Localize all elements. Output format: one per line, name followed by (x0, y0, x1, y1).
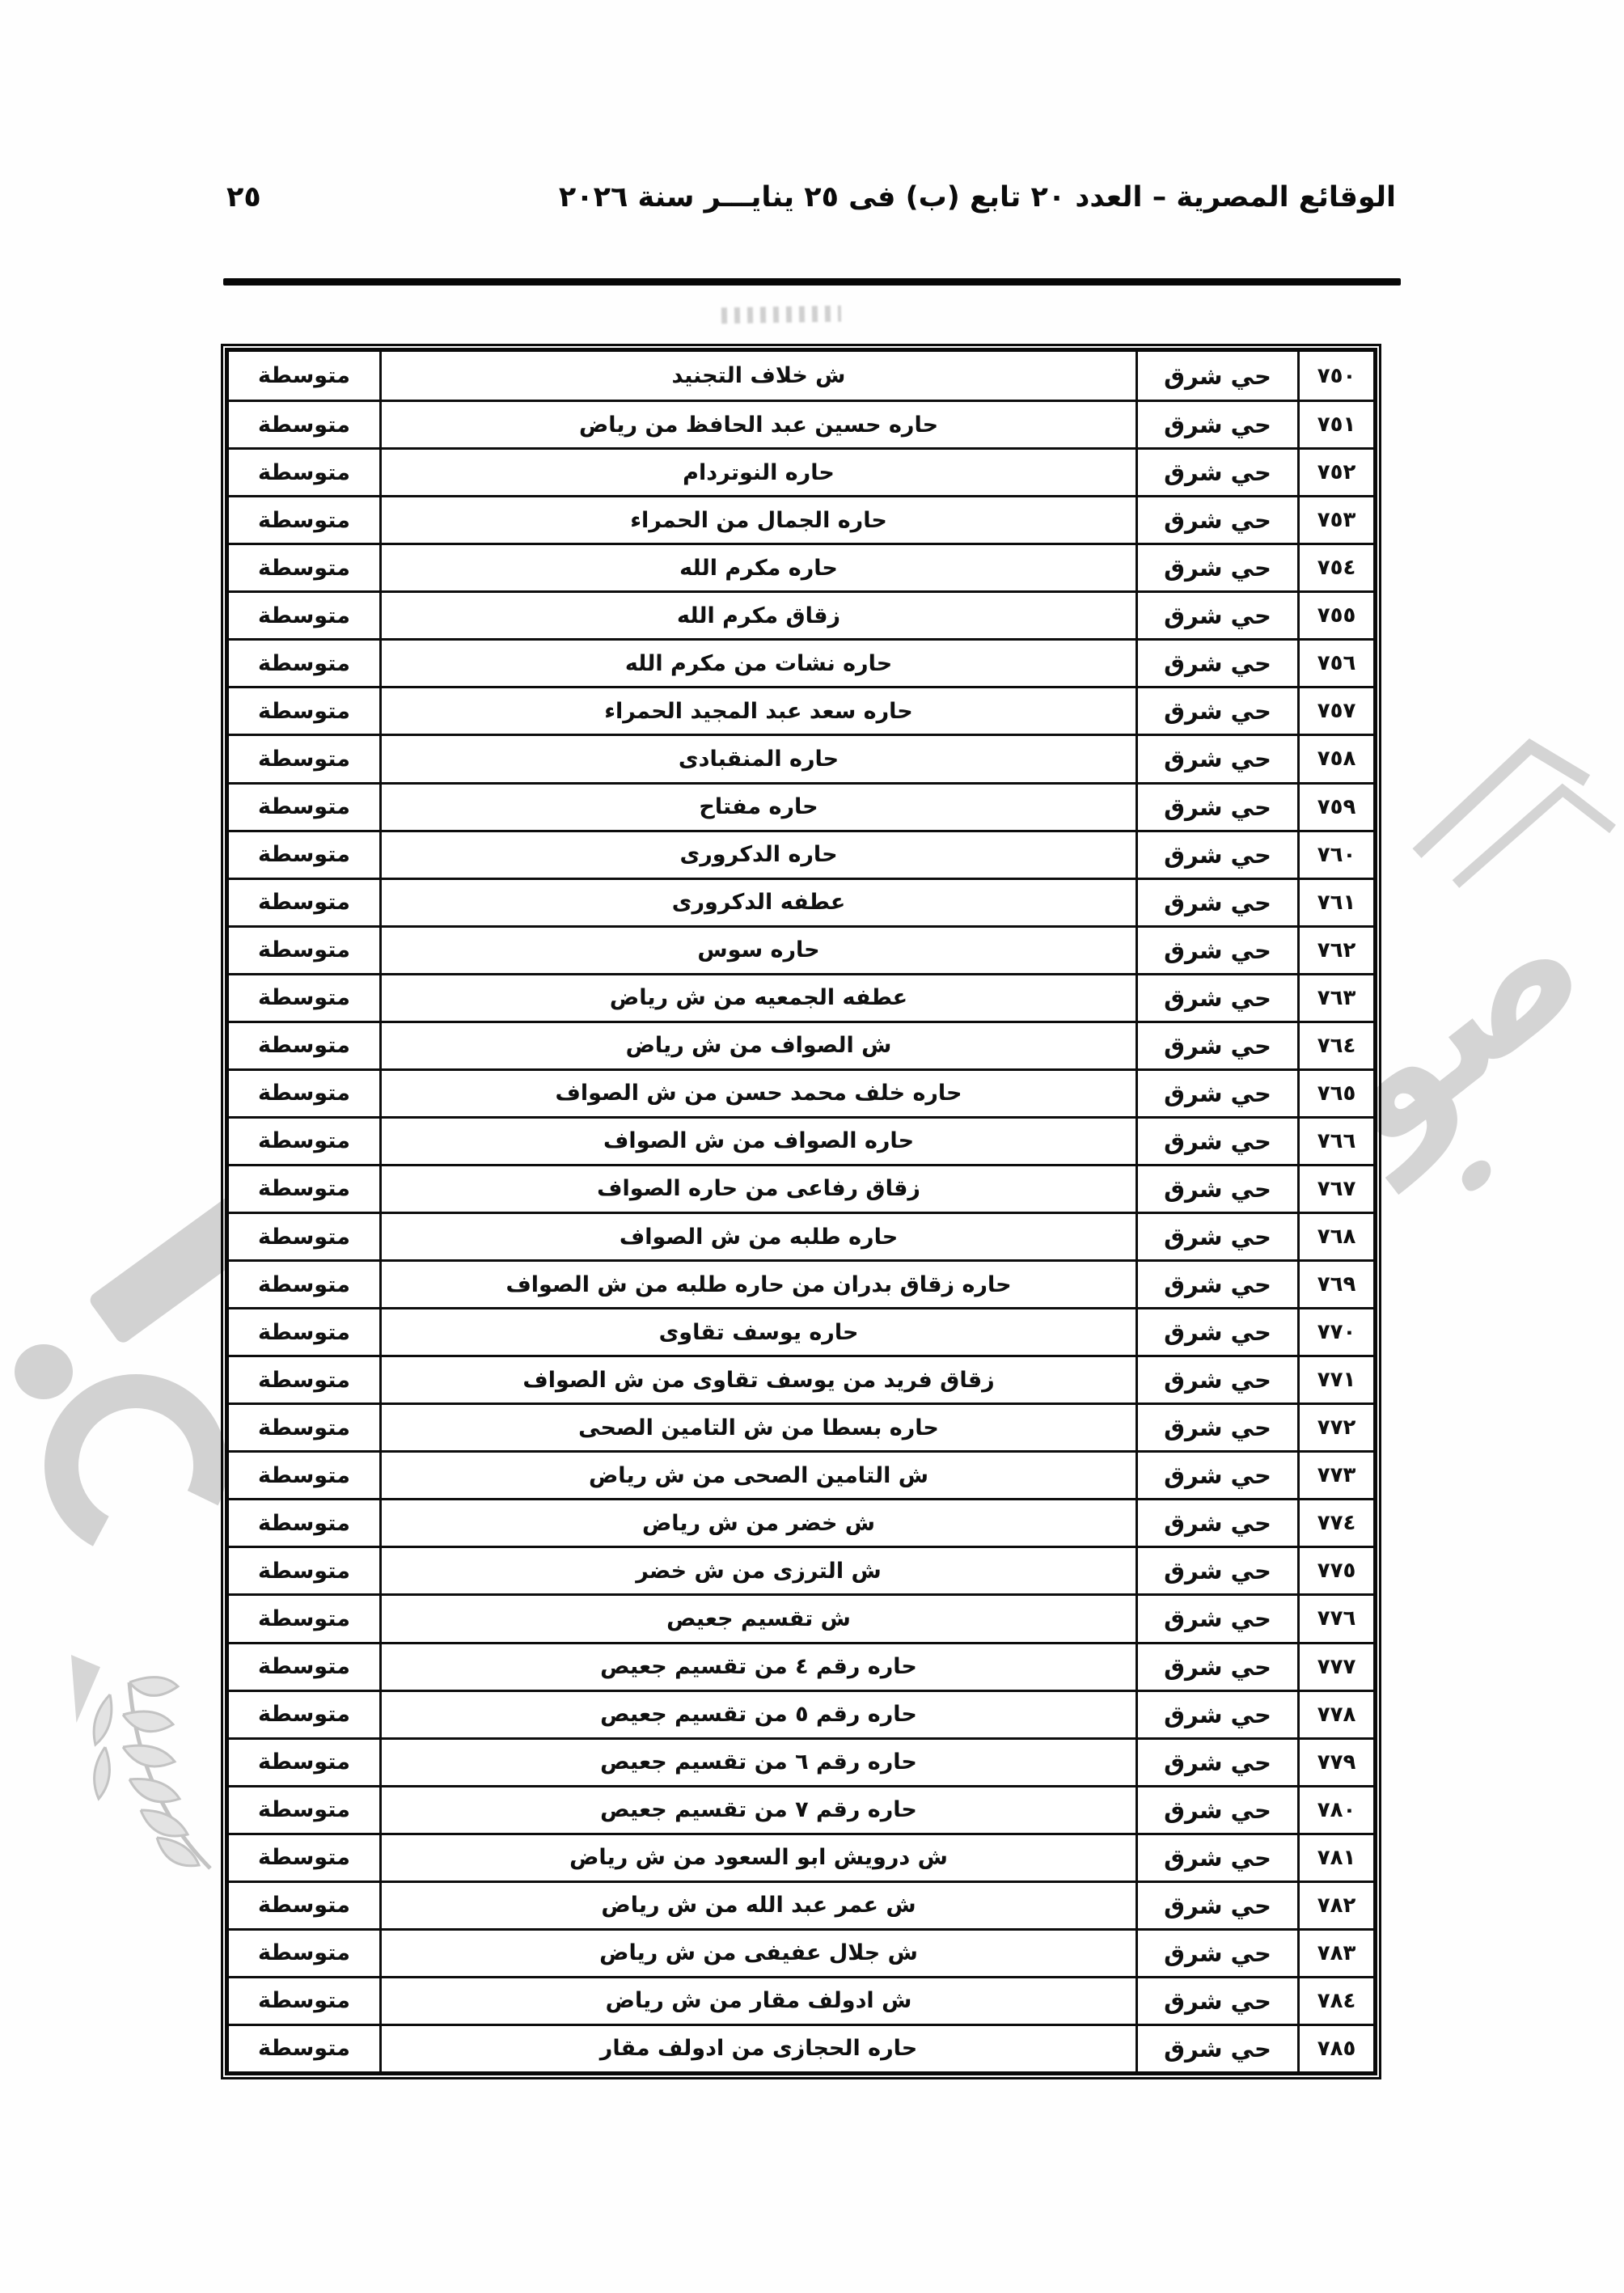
serial-number-cell: ٧٧١ (1297, 1357, 1373, 1402)
laurel-branch-icon (81, 1650, 235, 1885)
table-row: متوسطة حاره يوسف تقاوى حي شرق ٧٧٠ (229, 1307, 1373, 1355)
district-cell: حي شرق (1136, 1166, 1297, 1212)
district-cell: حي شرق (1136, 593, 1297, 638)
serial-number-cell: ٧٥٩ (1297, 785, 1373, 830)
grade-cell: متوسطة (229, 1596, 379, 1641)
grade-cell: متوسطة (229, 2026, 379, 2071)
table-row: متوسطة زقاق فريد من يوسف تقاوى من ش الصو… (229, 1355, 1373, 1402)
serial-number-cell: ٧٨١ (1297, 1835, 1373, 1881)
grade-cell: متوسطة (229, 497, 379, 543)
table-row: متوسطة ش التامين الصحى من ش رياض حي شرق … (229, 1450, 1373, 1498)
street-name-cell: حاره حسين عبد الحافظ من رياض (379, 402, 1136, 447)
serial-number-cell: ٧٦٨ (1297, 1214, 1373, 1259)
table-row: متوسطة حاره المنقبادى حي شرق ٧٥٨ (229, 734, 1373, 781)
serial-number-cell: ٧٨٠ (1297, 1787, 1373, 1833)
serial-number-cell: ٧٧٧ (1297, 1644, 1373, 1690)
street-name-cell: ش الترزى من ش خضر (379, 1548, 1136, 1593)
district-cell: حي شرق (1136, 352, 1297, 400)
grade-cell: متوسطة (229, 928, 379, 973)
district-cell: حي شرق (1136, 832, 1297, 878)
district-cell: حي شرق (1136, 1119, 1297, 1164)
grade-cell: متوسطة (229, 402, 379, 447)
grade-cell: متوسطة (229, 593, 379, 638)
grade-cell: متوسطة (229, 736, 379, 781)
grade-cell: متوسطة (229, 545, 379, 590)
grade-cell: متوسطة (229, 785, 379, 830)
district-cell: حي شرق (1136, 975, 1297, 1021)
table-row: متوسطة حاره سعد عبد المجيد الحمراء حي شر… (229, 686, 1373, 734)
table-row: متوسطة حاره رقم ٧ من تقسيم جعيص حي شرق ٧… (229, 1785, 1373, 1833)
street-name-cell: حاره مفتاح (379, 785, 1136, 830)
district-cell: حي شرق (1136, 880, 1297, 925)
table-row: متوسطة ش خضر من ش رياض حي شرق ٧٧٤ (229, 1498, 1373, 1546)
serial-number-cell: ٧٧٨ (1297, 1692, 1373, 1737)
serial-number-cell: ٧٧٦ (1297, 1596, 1373, 1641)
header-divider (223, 278, 1401, 286)
table-row: متوسطة ش الترزى من ش خضر حي شرق ٧٧٥ (229, 1546, 1373, 1593)
table-row: متوسطة حاره الحجازى من ادولف مقار حي شرق… (229, 2024, 1373, 2071)
street-name-cell: ش درويش ابو السعود من ش رياض (379, 1835, 1136, 1881)
table-row: متوسطة حاره طلبه من ش الصواف حي شرق ٧٦٨ (229, 1212, 1373, 1259)
serial-number-cell: ٧٧٣ (1297, 1453, 1373, 1498)
street-name-cell: حاره رقم ٦ من تقسيم جعيص (379, 1740, 1136, 1785)
serial-number-cell: ٧٧٠ (1297, 1309, 1373, 1355)
street-name-cell: حاره الحجازى من ادولف مقار (379, 2026, 1136, 2071)
grade-cell: متوسطة (229, 1214, 379, 1259)
grade-cell: متوسطة (229, 1644, 379, 1690)
scan-smudge (721, 306, 841, 324)
grade-cell: متوسطة (229, 1166, 379, 1212)
street-name-cell: حاره زقاق بدران من حاره طلبه من ش الصواف (379, 1262, 1136, 1307)
grade-cell: متوسطة (229, 1262, 379, 1307)
table-body: متوسطة ش خلاف التجنيد حي شرق ٧٥٠ متوسطة … (229, 352, 1373, 2071)
gazette-title: الوقائع المصرية – العدد ٢٠ تابع (ب) فى ٢… (559, 181, 1396, 214)
district-cell: حي شرق (1136, 1692, 1297, 1737)
serial-number-cell: ٧٨٣ (1297, 1931, 1373, 1976)
district-cell: حي شرق (1136, 1644, 1297, 1690)
district-cell: حي شرق (1136, 1214, 1297, 1259)
serial-number-cell: ٧٦٧ (1297, 1166, 1373, 1212)
grade-cell: متوسطة (229, 1835, 379, 1881)
grade-cell: متوسطة (229, 1357, 379, 1402)
table-row: متوسطة حاره حسين عبد الحافظ من رياض حي ش… (229, 400, 1373, 447)
table-row: متوسطة ش عمر عبد الله من ش رياض حي شرق ٧… (229, 1881, 1373, 1928)
street-name-cell: زقاق رفاعى من حاره الصواف (379, 1166, 1136, 1212)
table-row: متوسطة ش الصواف من ش رياض حي شرق ٧٦٤ (229, 1021, 1373, 1068)
district-cell: حي شرق (1136, 1453, 1297, 1498)
district-cell: حي شرق (1136, 1883, 1297, 1928)
street-name-cell: زقاق مكرم الله (379, 593, 1136, 638)
street-name-cell: حاره سوس (379, 928, 1136, 973)
grade-cell: متوسطة (229, 688, 379, 734)
table-row: متوسطة حاره الجمال من الحمراء حي شرق ٧٥٣ (229, 495, 1373, 543)
grade-cell: متوسطة (229, 1740, 379, 1785)
district-cell: حي شرق (1136, 1548, 1297, 1593)
serial-number-cell: ٧٦٥ (1297, 1071, 1373, 1116)
streets-table: متوسطة ش خلاف التجنيد حي شرق ٧٥٠ متوسطة … (225, 348, 1377, 2075)
district-cell: حي شرق (1136, 450, 1297, 495)
street-name-cell: حاره خلف محمد حسن من ش الصواف (379, 1071, 1136, 1116)
district-cell: حي شرق (1136, 545, 1297, 590)
table-row: متوسطة حاره رقم ٥ من تقسيم جعيص حي شرق ٧… (229, 1690, 1373, 1737)
street-name-cell: ش تقسيم جعيص (379, 1596, 1136, 1641)
street-name-cell: ش عمر عبد الله من ش رياض (379, 1883, 1136, 1928)
table-row: متوسطة حاره سوس حي شرق ٧٦٢ (229, 925, 1373, 973)
table-row: متوسطة ش درويش ابو السعود من ش رياض حي ش… (229, 1833, 1373, 1881)
street-name-cell: ش التامين الصحى من ش رياض (379, 1453, 1136, 1498)
street-name-cell: عطفه الجمعيه من ش رياض (379, 975, 1136, 1021)
serial-number-cell: ٧٥٥ (1297, 593, 1373, 638)
grade-cell: متوسطة (229, 975, 379, 1021)
table-row: متوسطة ش خلاف التجنيد حي شرق ٧٥٠ (229, 352, 1373, 400)
district-cell: حي شرق (1136, 2026, 1297, 2071)
table-row: متوسطة حاره الدكرورى حي شرق ٧٦٠ (229, 830, 1373, 878)
table-row: متوسطة حاره مفتاح حي شرق ٧٥٩ (229, 782, 1373, 830)
serial-number-cell: ٧٥٢ (1297, 450, 1373, 495)
district-cell: حي شرق (1136, 1023, 1297, 1068)
table-row: متوسطة حاره نشات من مكرم الله حي شرق ٧٥٦ (229, 638, 1373, 686)
street-name-cell: زقاق فريد من يوسف تقاوى من ش الصواف (379, 1357, 1136, 1402)
grade-cell: متوسطة (229, 1931, 379, 1976)
serial-number-cell: ٧٦٤ (1297, 1023, 1373, 1068)
gazette-page: صورة الوقائع المصرية – العدد ٢٠ تابع (ب)… (0, 0, 1624, 2293)
grade-cell: متوسطة (229, 1978, 379, 2024)
serial-number-cell: ٧٥٤ (1297, 545, 1373, 590)
serial-number-cell: ٧٥٧ (1297, 688, 1373, 734)
table-row: متوسطة حاره رقم ٦ من تقسيم جعيص حي شرق ٧… (229, 1737, 1373, 1785)
grade-cell: متوسطة (229, 880, 379, 925)
district-cell: حي شرق (1136, 1978, 1297, 2024)
grade-cell: متوسطة (229, 832, 379, 878)
serial-number-cell: ٧٦٣ (1297, 975, 1373, 1021)
serial-number-cell: ٧٧٥ (1297, 1548, 1373, 1593)
table-row: متوسطة زقاق رفاعى من حاره الصواف حي شرق … (229, 1164, 1373, 1212)
table-row: متوسطة حاره مكرم الله حي شرق ٧٥٤ (229, 543, 1373, 590)
grade-cell: متوسطة (229, 352, 379, 400)
district-cell: حي شرق (1136, 688, 1297, 734)
street-name-cell: ش الصواف من ش رياض (379, 1023, 1136, 1068)
street-name-cell: حاره المنقبادى (379, 736, 1136, 781)
district-cell: حي شرق (1136, 928, 1297, 973)
table-row: متوسطة ش جلال عفيفى من ش رياض حي شرق ٧٨٣ (229, 1928, 1373, 1976)
grade-cell: متوسطة (229, 641, 379, 686)
table-row: متوسطة زقاق مكرم الله حي شرق ٧٥٥ (229, 590, 1373, 638)
street-name-cell: حاره مكرم الله (379, 545, 1136, 590)
district-cell: حي شرق (1136, 1405, 1297, 1450)
district-cell: حي شرق (1136, 1835, 1297, 1881)
watermark-ring (32, 1359, 243, 1569)
serial-number-cell: ٧٥٨ (1297, 736, 1373, 781)
street-name-cell: ش خلاف التجنيد (379, 352, 1136, 400)
serial-number-cell: ٧٥٣ (1297, 497, 1373, 543)
table-row: متوسطة ش تقسيم جعيص حي شرق ٧٧٦ (229, 1593, 1373, 1641)
serial-number-cell: ٧٧٩ (1297, 1740, 1373, 1785)
table-row: متوسطة حاره الصواف من ش الصواف حي شرق ٧٦… (229, 1116, 1373, 1164)
grade-cell: متوسطة (229, 1071, 379, 1116)
page-number: ٢٥ (226, 181, 261, 214)
district-cell: حي شرق (1136, 736, 1297, 781)
district-cell: حي شرق (1136, 1596, 1297, 1641)
serial-number-cell: ٧٦٩ (1297, 1262, 1373, 1307)
street-name-cell: حاره الصواف من ش الصواف (379, 1119, 1136, 1164)
serial-number-cell: ٧٦٢ (1297, 928, 1373, 973)
grade-cell: متوسطة (229, 1692, 379, 1737)
grade-cell: متوسطة (229, 1883, 379, 1928)
table-row: متوسطة حاره النوتردام حي شرق ٧٥٢ (229, 447, 1373, 495)
table-row: متوسطة حاره بسطا من ش التامين الصحى حي ش… (229, 1402, 1373, 1450)
grade-cell: متوسطة (229, 450, 379, 495)
grade-cell: متوسطة (229, 1405, 379, 1450)
grade-cell: متوسطة (229, 1548, 379, 1593)
serial-number-cell: ٧٧٤ (1297, 1500, 1373, 1546)
serial-number-cell: ٧٥٦ (1297, 641, 1373, 686)
grade-cell: متوسطة (229, 1500, 379, 1546)
serial-number-cell: ٧٨٢ (1297, 1883, 1373, 1928)
street-name-cell: حاره رقم ٥ من تقسيم جعيص (379, 1692, 1136, 1737)
serial-number-cell: ٧٦٦ (1297, 1119, 1373, 1164)
district-cell: حي شرق (1136, 1931, 1297, 1976)
serial-number-cell: ٧٧٢ (1297, 1405, 1373, 1450)
grade-cell: متوسطة (229, 1309, 379, 1355)
district-cell: حي شرق (1136, 1071, 1297, 1116)
table-row: متوسطة عطفه الدكرورى حي شرق ٧٦١ (229, 878, 1373, 925)
serial-number-cell: ٧٦١ (1297, 880, 1373, 925)
table-row: متوسطة حاره زقاق بدران من حاره طلبه من ش… (229, 1259, 1373, 1307)
page-header: الوقائع المصرية – العدد ٢٠ تابع (ب) فى ٢… (226, 181, 1396, 214)
grade-cell: متوسطة (229, 1119, 379, 1164)
street-name-cell: حاره الجمال من الحمراء (379, 497, 1136, 543)
table-row: متوسطة حاره رقم ٤ من تقسيم جعيص حي شرق ٧… (229, 1642, 1373, 1690)
street-name-cell: حاره طلبه من ش الصواف (379, 1214, 1136, 1259)
street-name-cell: حاره بسطا من ش التامين الصحى (379, 1405, 1136, 1450)
serial-number-cell: ٧٦٠ (1297, 832, 1373, 878)
street-name-cell: حاره رقم ٧ من تقسيم جعيص (379, 1787, 1136, 1833)
table-row: متوسطة عطفه الجمعيه من ش رياض حي شرق ٧٦٣ (229, 973, 1373, 1021)
district-cell: حي شرق (1136, 497, 1297, 543)
street-name-cell: ش خضر من ش رياض (379, 1500, 1136, 1546)
street-name-cell: حاره رقم ٤ من تقسيم جعيص (379, 1644, 1136, 1690)
district-cell: حي شرق (1136, 1309, 1297, 1355)
district-cell: حي شرق (1136, 402, 1297, 447)
district-cell: حي شرق (1136, 1262, 1297, 1307)
district-cell: حي شرق (1136, 1787, 1297, 1833)
serial-number-cell: ٧٨٤ (1297, 1978, 1373, 2024)
grade-cell: متوسطة (229, 1787, 379, 1833)
street-name-cell: حاره سعد عبد المجيد الحمراء (379, 688, 1136, 734)
serial-number-cell: ٧٨٥ (1297, 2026, 1373, 2071)
street-name-cell: ش ادولف مقار من ش رياض (379, 1978, 1136, 2024)
district-cell: حي شرق (1136, 1500, 1297, 1546)
district-cell: حي شرق (1136, 1357, 1297, 1402)
table-row: متوسطة ش ادولف مقار من ش رياض حي شرق ٧٨٤ (229, 1976, 1373, 2024)
district-cell: حي شرق (1136, 785, 1297, 830)
district-cell: حي شرق (1136, 641, 1297, 686)
grade-cell: متوسطة (229, 1453, 379, 1498)
street-name-cell: حاره الدكرورى (379, 832, 1136, 878)
street-name-cell: حاره نشات من مكرم الله (379, 641, 1136, 686)
street-name-cell: حاره يوسف تقاوى (379, 1309, 1136, 1355)
serial-number-cell: ٧٥١ (1297, 402, 1373, 447)
grade-cell: متوسطة (229, 1023, 379, 1068)
serial-number-cell: ٧٥٠ (1297, 352, 1373, 400)
street-name-cell: عطفه الدكرورى (379, 880, 1136, 925)
street-name-cell: ش جلال عفيفى من ش رياض (379, 1931, 1136, 1976)
street-name-cell: حاره النوتردام (379, 450, 1136, 495)
district-cell: حي شرق (1136, 1740, 1297, 1785)
table-row: متوسطة حاره خلف محمد حسن من ش الصواف حي … (229, 1068, 1373, 1116)
